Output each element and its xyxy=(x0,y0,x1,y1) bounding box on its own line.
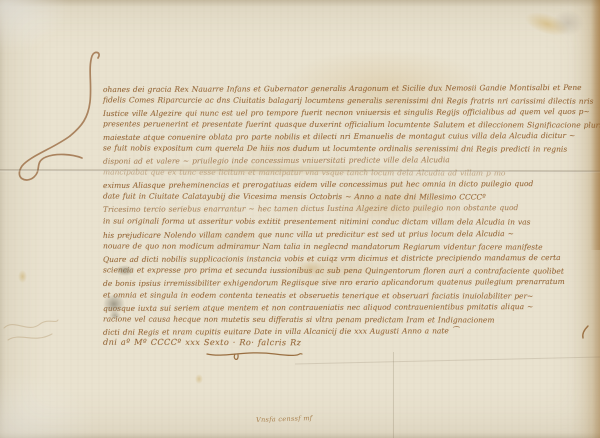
manuscript-line: maiestate atque conuenire oblata pro par… xyxy=(103,131,575,142)
manuscript-line: dicti dni Regis et nram cupitis euitare … xyxy=(103,326,458,337)
manuscript-line: se fuit nobis expositum cum querela De h… xyxy=(103,143,567,153)
stain xyxy=(195,374,203,384)
right-margin-ink-mark xyxy=(579,324,591,340)
manuscript-line: sciencia et expresse pro prima et secund… xyxy=(103,265,564,275)
docket-note: Vnsfa censsf mf xyxy=(256,414,313,424)
manuscript-line: Iustice ville Algezire qui nunc est uel … xyxy=(103,107,590,118)
manuscript-line: ohanes dei gracia Rex Nauarre Infans et … xyxy=(103,83,582,94)
faint-vertical-crease xyxy=(393,352,394,438)
manuscript-line: in sui originali forma ut asseritur vobi… xyxy=(103,216,530,226)
stain xyxy=(108,162,448,176)
signature-rubric xyxy=(205,346,305,362)
manuscript-line: date fuit in Ciuitate Calatayubij die Vi… xyxy=(103,191,486,201)
manuscript-line: Tricesimo tercio seriebus enarrantur ~ h… xyxy=(103,203,518,214)
stain xyxy=(18,270,27,283)
manuscript-line: racione vel causa hecque non mutetis seu… xyxy=(103,314,495,324)
manuscript-line: Quare ad dicti nobilis supplicacionis in… xyxy=(103,253,561,264)
manuscript-line: eximus Aliasque preheminencias et prerog… xyxy=(103,179,533,190)
manuscript-photo: ohanes dei gracia Rex Nauarre Infans et … xyxy=(0,0,600,438)
stain xyxy=(552,10,584,36)
stain xyxy=(297,261,325,276)
manuscript-line: quosque iuxta sui seriem atque mentem et… xyxy=(103,302,533,313)
manuscript-line: de bonis ipsius irremissibiliter exhigen… xyxy=(103,277,565,288)
initial-letter-flourish xyxy=(12,50,117,195)
stain xyxy=(115,265,135,276)
manuscript-line: presentes peruenerint et presentate fuer… xyxy=(103,119,600,129)
manuscript-line: nouare de quo non modicum admiramur Nam … xyxy=(103,241,543,251)
manuscript-line: fidelis Comes Riparcurcie ac dns Ciuitat… xyxy=(103,95,593,105)
browned-right-edge xyxy=(590,0,600,250)
stain xyxy=(109,311,121,320)
manuscript-line: et omnia et singula in eodem contenta te… xyxy=(103,290,533,300)
faint-lower-crease xyxy=(295,357,600,365)
manuscript-line: his prejudicare Nolendo villam candem qu… xyxy=(103,229,514,240)
left-margin-ghost-flourish xyxy=(0,300,62,350)
